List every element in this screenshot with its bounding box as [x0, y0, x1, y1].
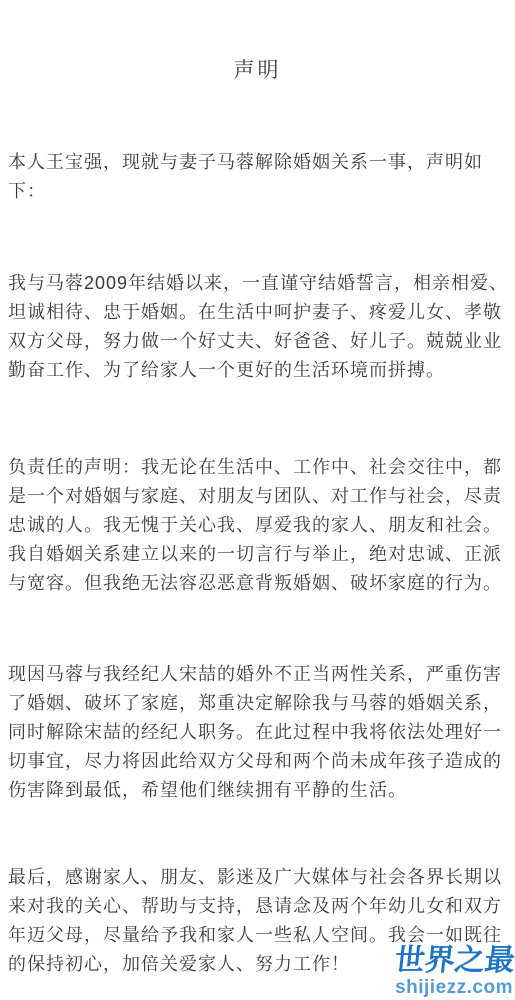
statement-page: 声明 本人王宝强，现就与妻子马蓉解除婚姻关系一事，声明如下：我与马蓉2009年结… — [0, 0, 515, 1000]
statement-line: 最后，感谢家人、朋友、影迷及广大媒体与社会各界长期以 — [8, 863, 509, 892]
statement-line: 忠诚的人。我无愧于关心我、厚爱我的家人、朋友和社会。 — [8, 511, 509, 540]
statement-line: 我自婚姻关系建立以来的一切言行与举止，绝对忠诚、正派 — [8, 540, 509, 569]
statement-line: 下： — [8, 177, 509, 206]
statement-line: 我与马蓉2009年结婚以来，一直谨守结婚誓言，相亲相爱、 — [8, 269, 509, 298]
statement-paragraph-2: 我与马蓉2009年结婚以来，一直谨守结婚誓言，相亲相爱、坦诚相待、忠于婚姻。在生… — [8, 269, 509, 385]
statement-line: 双方父母，努力做一个好丈夫、好爸爸、好儿子。兢兢业业 — [8, 327, 509, 356]
statement-line: 来对我的关心、帮助与支持，恳请念及两个年幼儿女和双方 — [8, 892, 509, 921]
watermark-brand-logo: 世界之最 — [393, 945, 515, 977]
watermark-domain-text: shijiezz.com — [393, 977, 513, 998]
statement-line: 勤奋工作、为了给家人一个更好的生活环境而拼搏。 — [8, 356, 509, 385]
statement-body: 本人王宝强，现就与妻子马蓉解除婚姻关系一事，声明如下：我与马蓉2009年结婚以来… — [0, 148, 515, 979]
statement-paragraph-1: 本人王宝强，现就与妻子马蓉解除婚姻关系一事，声明如下： — [8, 148, 509, 206]
statement-paragraph-3: 负责任的声明：我无论在生活中、工作中、社会交往中，都是一个对婚姻与家庭、对朋友与… — [8, 453, 509, 598]
statement-line: 同时解除宋喆的经纪人职务。在此过程中我将依法处理好一 — [8, 718, 509, 747]
watermark: 世界之最 shijiezz.com — [393, 945, 513, 998]
statement-line: 现因马蓉与我经纪人宋喆的婚外不正当两性关系，严重伤害 — [8, 660, 509, 689]
statement-line: 了婚姻、破坏了家庭，郑重决定解除我与马蓉的婚姻关系， — [8, 689, 509, 718]
statement-line: 本人王宝强，现就与妻子马蓉解除婚姻关系一事，声明如 — [8, 148, 509, 177]
statement-line: 与宽容。但我绝无法容忍恶意背叛婚姻、破坏家庭的行为。 — [8, 569, 509, 598]
statement-line: 切事宜，尽力将因此给双方父母和两个尚未成年孩子造成的 — [8, 747, 509, 776]
statement-line: 负责任的声明：我无论在生活中、工作中、社会交往中，都 — [8, 453, 509, 482]
statement-paragraph-4: 现因马蓉与我经纪人宋喆的婚外不正当两性关系，严重伤害了婚姻、破坏了家庭，郑重决定… — [8, 660, 509, 805]
statement-line: 伤害降到最低，希望他们继续拥有平静的生活。 — [8, 776, 509, 805]
statement-line: 坦诚相待、忠于婚姻。在生活中呵护妻子、疼爱儿女、孝敬 — [8, 298, 509, 327]
statement-line: 是一个对婚姻与家庭、对朋友与团队、对工作与社会，尽责 — [8, 482, 509, 511]
document-title: 声明 — [0, 56, 515, 86]
